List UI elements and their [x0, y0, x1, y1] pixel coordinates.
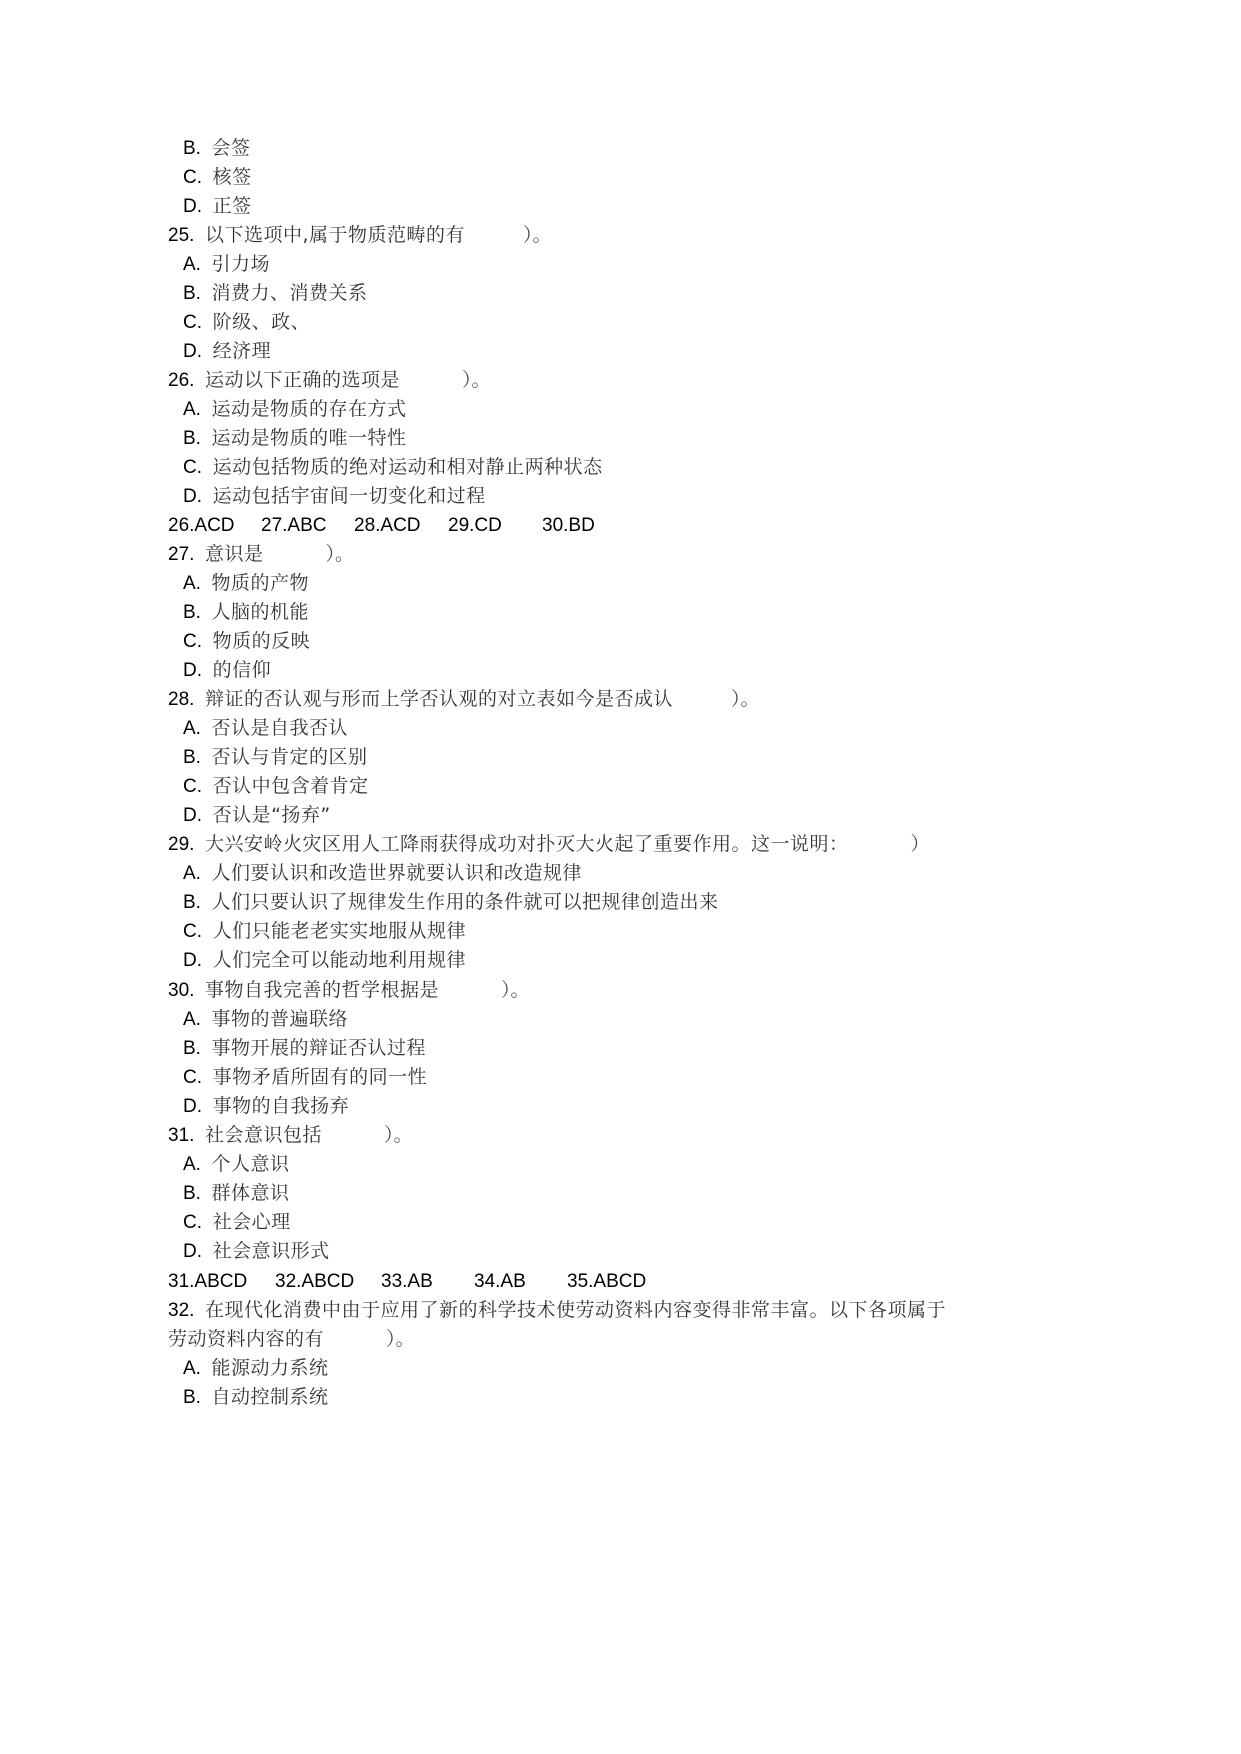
- option-d: D. 社会意识形式: [183, 1237, 330, 1266]
- option-text: 个人意识: [212, 1153, 290, 1175]
- option-text: 否认中包含着肯定: [213, 775, 369, 797]
- option-b: B. 运动是物质的唯一特性: [183, 424, 407, 453]
- answer-key-row: 31.ABCD 32.ABCD 33.AB 34.AB 35.ABCD: [168, 1267, 868, 1296]
- option-text: 人们只能老老实实地服从规律: [213, 920, 467, 942]
- option-text: 事物开展的辩证否认过程: [212, 1037, 427, 1059]
- question-text: 劳动资料内容的有: [168, 1328, 324, 1350]
- option-text: 人们完全可以能动地利用规律: [213, 949, 467, 971]
- answer-key: 31.ABCD: [168, 1267, 247, 1296]
- option-text: 正签: [213, 195, 252, 217]
- option-text: 会签: [212, 137, 251, 159]
- question-text: 事物自我完善的哲学根据是: [205, 979, 439, 1001]
- option-text: 运动包括物质的绝对运动和相对静止两种状态: [213, 456, 603, 478]
- option-text: 人们要认识和改造世界就要认识和改造规律: [212, 862, 583, 884]
- option-text: 人脑的机能: [212, 601, 310, 623]
- option-d: D. 经济理: [183, 337, 271, 366]
- option-d: D. 人们完全可以能动地利用规律: [183, 946, 466, 975]
- option-text: 社会心理: [213, 1211, 291, 1233]
- option-a: A. 能源动力系统: [183, 1354, 329, 1383]
- option-b: B. 人们只要认识了规律发生作用的条件就可以把规律创造出来: [183, 888, 719, 917]
- answer-key: 34.AB: [474, 1267, 526, 1296]
- option-text: 事物的普遍联络: [212, 1008, 349, 1030]
- option-d: D. 事物的自我扬弃: [183, 1092, 349, 1121]
- option-text: 的信仰: [213, 659, 272, 681]
- option-c: C. 物质的反映: [183, 627, 310, 656]
- option-a: A. 物质的产物: [183, 569, 309, 598]
- answer-key: 26.ACD: [168, 511, 235, 540]
- option-d: D. 否认是“扬弃”: [183, 801, 331, 830]
- option-text: 能源动力系统: [212, 1357, 329, 1379]
- option-text: 核签: [213, 166, 252, 188]
- option-d: D. 正签: [183, 192, 252, 221]
- question-25: 25. 以下选项中,属于物质范畴的有）。: [168, 221, 552, 250]
- option-a: A. 个人意识: [183, 1150, 290, 1179]
- option-b: B. 会签: [183, 134, 251, 163]
- option-c: C. 阶级、政、: [183, 308, 310, 337]
- option-text: 物质的反映: [213, 630, 311, 652]
- option-text: 否认是自我否认: [212, 717, 349, 739]
- option-text: 引力场: [212, 253, 271, 275]
- option-b: B. 消费力、消费关系: [183, 279, 368, 308]
- option-c: C. 核签: [183, 163, 252, 192]
- option-text: 否认与肯定的区别: [212, 746, 368, 768]
- option-a: A. 事物的普遍联络: [183, 1005, 348, 1034]
- question-32-continued: 劳动资料内容的有）。: [168, 1325, 415, 1354]
- option-a: A. 运动是物质的存在方式: [183, 395, 407, 424]
- answer-key: 28.ACD: [354, 511, 421, 540]
- option-text: 事物矛盾所固有的同一性: [213, 1066, 428, 1088]
- answer-key: 35.ABCD: [567, 1267, 646, 1296]
- option-text: 经济理: [213, 340, 272, 362]
- option-d: D. 的信仰: [183, 656, 271, 685]
- option-text: 社会意识形式: [213, 1240, 330, 1262]
- option-b: B. 群体意识: [183, 1179, 290, 1208]
- option-text: 物质的产物: [212, 572, 310, 594]
- question-text: 以下选项中,属于物质范畴的有: [205, 224, 465, 246]
- option-c: C. 否认中包含着肯定: [183, 772, 369, 801]
- question-32: 32. 在现代化消费中由于应用了新的科学技术使劳动资料内容变得非常丰富。以下各项…: [168, 1296, 946, 1325]
- question-text: 意识是: [205, 543, 264, 565]
- question-30: 30. 事物自我完善的哲学根据是）。: [168, 976, 530, 1005]
- option-c: C. 运动包括物质的绝对运动和相对静止两种状态: [183, 453, 603, 482]
- option-text: 运动是物质的唯一特性: [212, 427, 407, 449]
- option-text: 群体意识: [212, 1182, 290, 1204]
- option-text: 人们只要认识了规律发生作用的条件就可以把规律创造出来: [212, 891, 719, 913]
- question-27: 27. 意识是）。: [168, 540, 354, 569]
- option-d: D. 运动包括宇宙间一切变化和过程: [183, 482, 486, 511]
- document-page: B. 会签 C. 核签 D. 正签 25. 以下选项中,属于物质范畴的有）。 A…: [0, 0, 1241, 1754]
- answer-key: 30.BD: [542, 511, 595, 540]
- option-b: B. 自动控制系统: [183, 1383, 329, 1412]
- question-text: 运动以下正确的选项是: [205, 369, 400, 391]
- option-text: 运动包括宇宙间一切变化和过程: [213, 485, 486, 507]
- question-31: 31. 社会意识包括）。: [168, 1121, 413, 1150]
- option-c: C. 事物矛盾所固有的同一性: [183, 1063, 427, 1092]
- option-b: B. 否认与肯定的区别: [183, 743, 368, 772]
- option-a: A. 否认是自我否认: [183, 714, 348, 743]
- option-text: 事物的自我扬弃: [213, 1095, 350, 1117]
- option-a: A. 引力场: [183, 250, 270, 279]
- answer-key: 33.AB: [381, 1267, 433, 1296]
- option-c: C. 人们只能老老实实地服从规律: [183, 917, 466, 946]
- question-text: 大兴安岭火灾区用人工降雨获得成功对扑灭大火起了重要作用。这一说明：: [205, 833, 849, 855]
- answer-key: 32.ABCD: [275, 1267, 354, 1296]
- answer-key: 27.ABC: [261, 511, 326, 540]
- option-text: 自动控制系统: [212, 1386, 329, 1408]
- option-a: A. 人们要认识和改造世界就要认识和改造规律: [183, 859, 582, 888]
- question-text: 社会意识包括: [205, 1124, 322, 1146]
- option-text: 阶级、政、: [213, 311, 311, 333]
- option-b: B. 事物开展的辩证否认过程: [183, 1034, 426, 1063]
- option-text: 否认是“扬弃”: [213, 804, 331, 826]
- question-text: 辩证的否认观与形而上学否认观的对立表如今是否成认: [205, 688, 673, 710]
- option-text: 消费力、消费关系: [212, 282, 368, 304]
- option-c: C. 社会心理: [183, 1208, 291, 1237]
- question-26: 26. 运动以下正确的选项是）。: [168, 366, 491, 395]
- option-b: B. 人脑的机能: [183, 598, 309, 627]
- question-29: 29. 大兴安岭火灾区用人工降雨获得成功对扑灭大火起了重要作用。这一说明：）: [168, 830, 930, 859]
- answer-key-row: 26.ACD 27.ABC 28.ACD 29.CD 30.BD: [168, 511, 868, 540]
- answer-key: 29.CD: [448, 511, 502, 540]
- option-text: 运动是物质的存在方式: [212, 398, 407, 420]
- question-text: 在现代化消费中由于应用了新的科学技术使劳动资料内容变得非常丰富。以下各项属于: [205, 1299, 946, 1321]
- question-28: 28. 辩证的否认观与形而上学否认观的对立表如今是否成认）。: [168, 685, 760, 714]
